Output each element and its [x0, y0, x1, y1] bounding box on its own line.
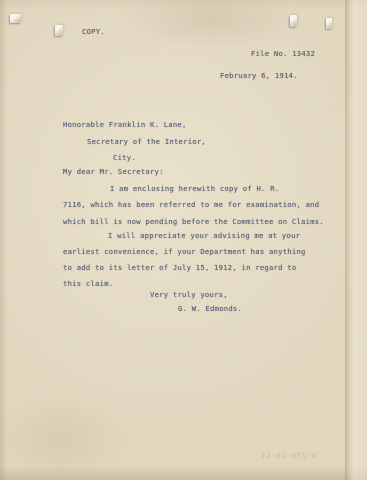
salutation: My dear Mr. Secretary:: [63, 167, 164, 176]
date-line: February 6, 1914.: [220, 71, 298, 80]
signature-line: G. W. Edmonds.: [178, 304, 242, 313]
recipient-name: Honorable Franklin K. Lane,: [63, 120, 187, 129]
paper-crease: [0, 336, 367, 337]
body-line: to add to its letter of July 15, 1912, i…: [63, 263, 296, 272]
body-line: I am enclosing herewith copy of H. R.: [110, 184, 279, 193]
page-edge-shadow: [345, 0, 367, 480]
body-line: earliest convenience, if your Department…: [63, 247, 306, 256]
body-line: I will appreciate your advising me at yo…: [108, 231, 300, 240]
fastener-hole-icon: [326, 18, 332, 29]
body-line: 7116, which has been referred to me for …: [63, 200, 319, 209]
closing-line: Very truly yours,: [150, 290, 228, 299]
recipient-city: City.: [113, 153, 136, 162]
fastener-hole-icon: [55, 25, 63, 36]
letter-page: COPY. File No. 13432 February 6, 1914. H…: [0, 0, 367, 480]
bleed-through-mark: 8-270-10-13: [236, 452, 316, 460]
file-number: File No. 13432: [251, 49, 315, 58]
recipient-title: Secretary of the Interior,: [87, 137, 206, 146]
fastener-hole-icon: [290, 15, 297, 27]
body-line: this claim.: [63, 279, 113, 288]
paper-crease: [0, 108, 367, 109]
copy-label: COPY.: [82, 27, 105, 36]
fastener-hole-icon: [10, 14, 21, 23]
body-line: which bill is now pending before the Com…: [63, 217, 324, 226]
